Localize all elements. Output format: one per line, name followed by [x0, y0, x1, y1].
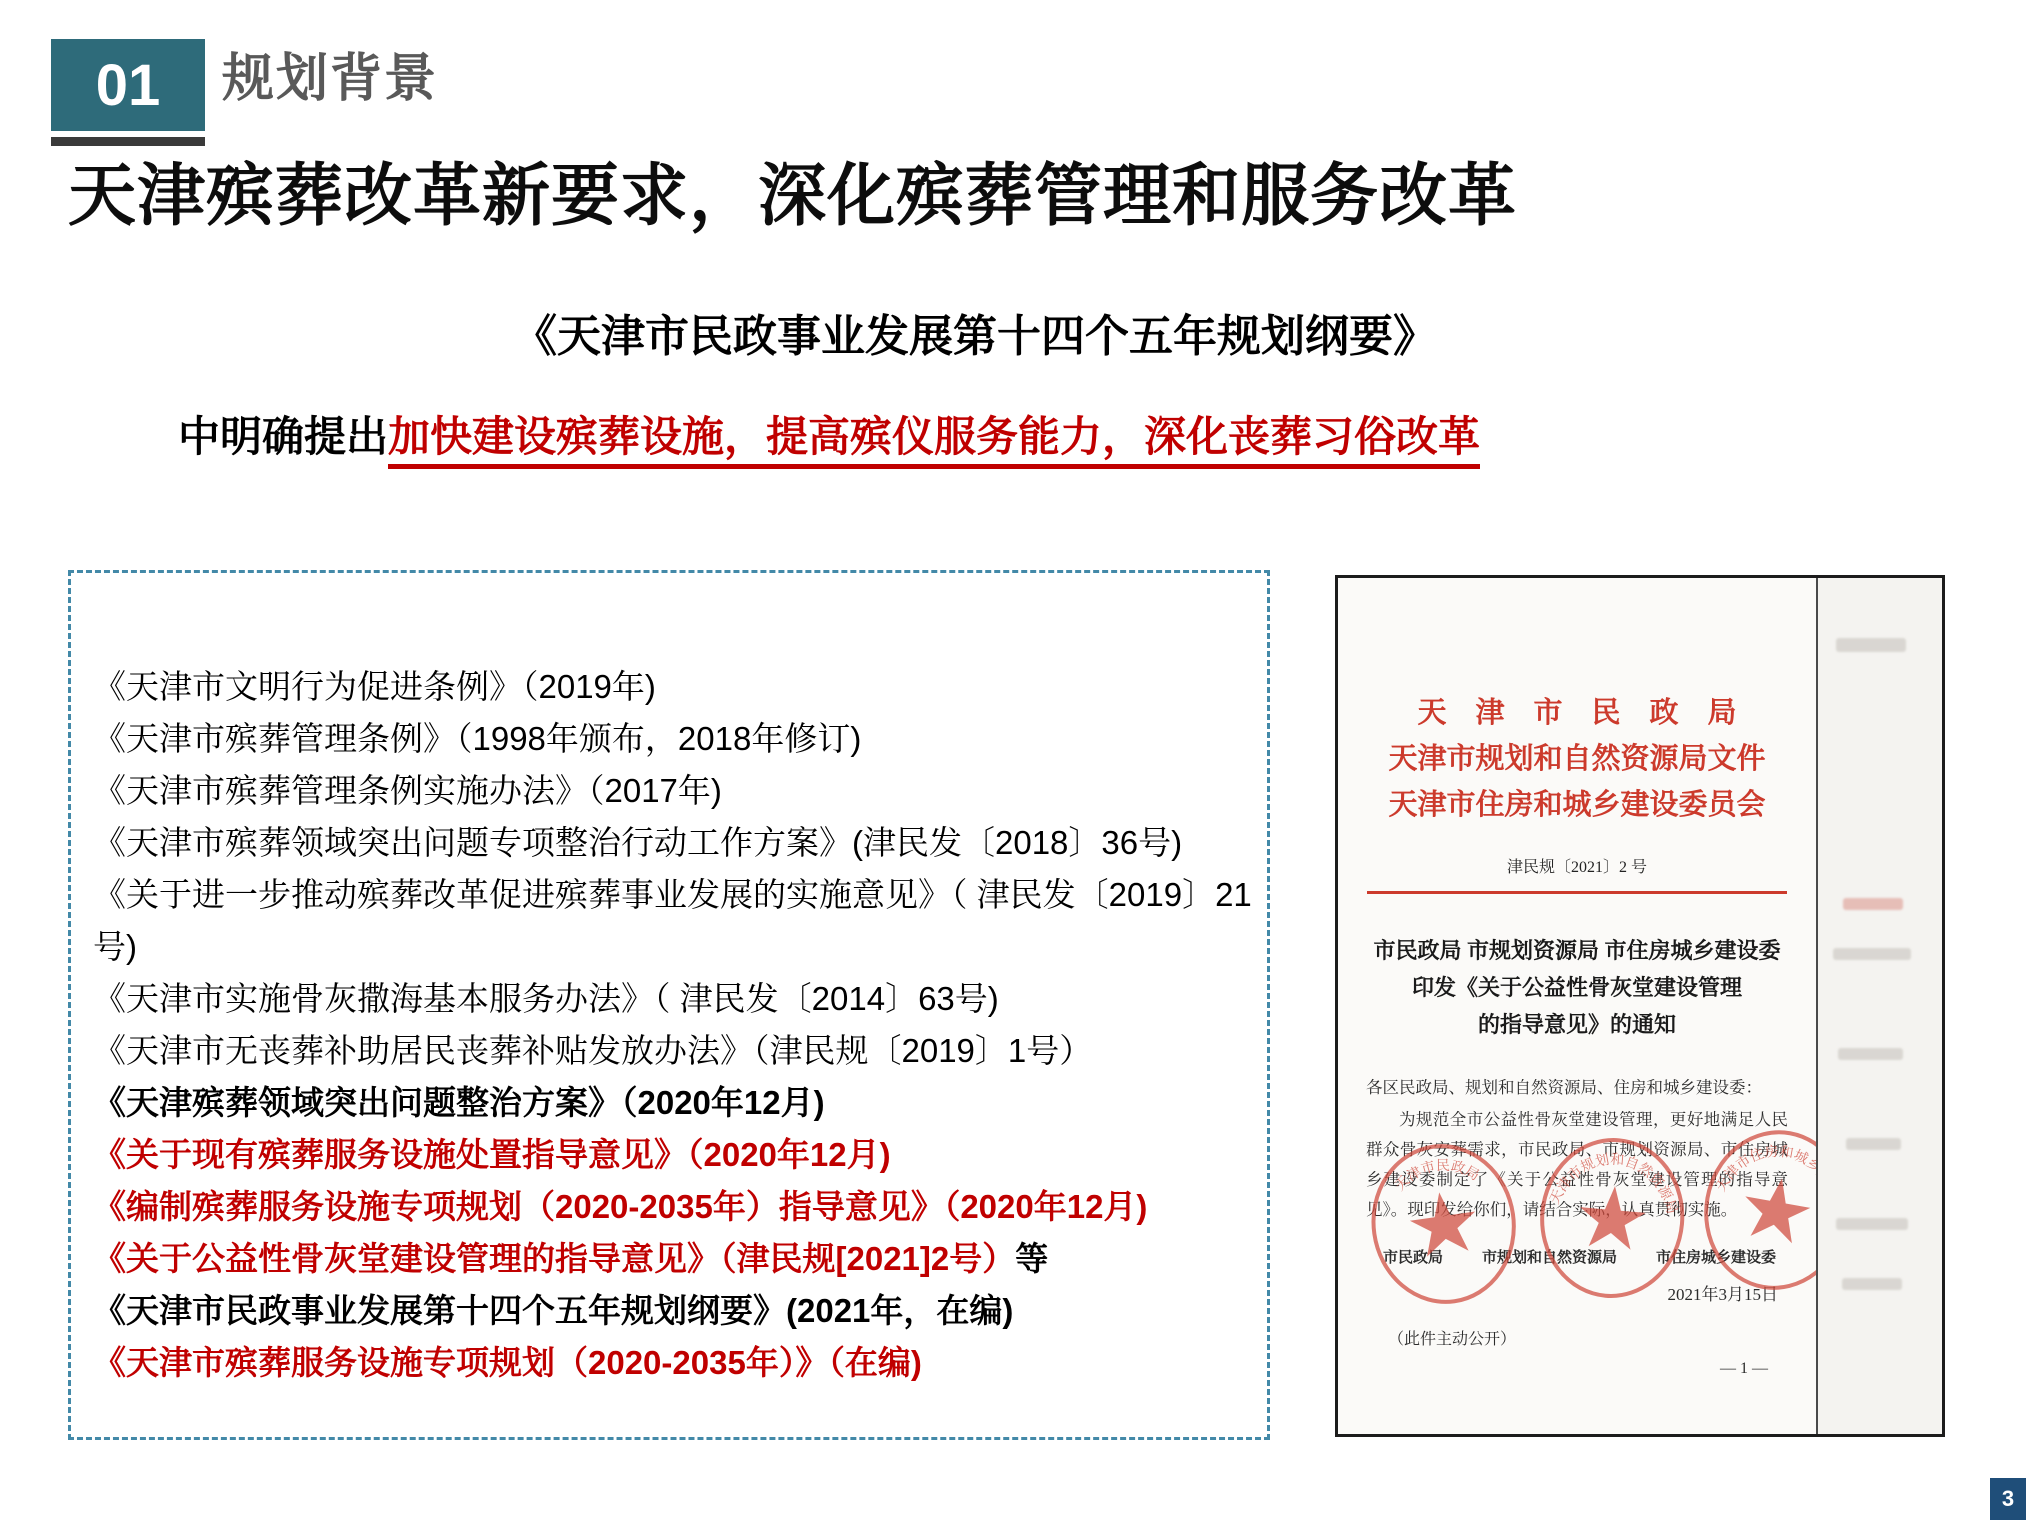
- regulation-item: 《关于进一步推动殡葬改革促进殡葬事业发展的实施意见》（ 津民发〔2019〕21号…: [93, 869, 1259, 973]
- regulation-text: 《天津市民政事业发展第十四个五年规划纲要》(2021年，在编): [93, 1292, 1013, 1329]
- requirement-highlight: 加快建设殡葬设施，提高殡仪服务能力，深化丧葬习俗改革: [388, 413, 1480, 469]
- regulation-text: 《关于进一步推动殡葬改革促进殡葬事业发展的实施意见》（ 津民发〔2019〕21号…: [93, 876, 1252, 965]
- regulation-item: 《天津市殡葬管理条例》（1998年颁布，2018年修订): [93, 713, 1259, 765]
- document-red-rule: [1367, 891, 1788, 894]
- regulation-item: 《天津市实施骨灰撒海基本服务办法》（ 津民发〔2014〕63号): [93, 973, 1259, 1025]
- regulation-item: 《天津市殡葬领域突出问题专项整治行动工作方案》(津民发〔2018〕36号): [93, 817, 1259, 869]
- document-open-note: （此件主动公开）: [1388, 1326, 1516, 1349]
- document-number: 津民规〔2021〕2 号: [1338, 854, 1816, 877]
- section-number: 01: [96, 52, 161, 119]
- document-salutation: 各区民政局、规划和自然资源局、住房和城乡建设委：: [1366, 1073, 1788, 1103]
- regulation-text: 《天津殡葬领域突出问题整治方案》（2020年12月): [93, 1084, 825, 1121]
- regulation-text: 《天津市殡葬服务设施专项规划（2020-2035年）》（在编): [93, 1344, 922, 1381]
- plan-requirement-line: 中明确提出加快建设殡葬设施，提高殡仪服务能力，深化丧葬习俗改革: [178, 404, 1978, 464]
- notice-title-line: 印发《关于公益性骨灰堂建设管理: [1338, 969, 1816, 1006]
- regulation-item: 《天津市文明行为促进条例》（2019年): [93, 661, 1259, 713]
- document-scan: 天 津 市 民 政 局天津市规划和自然资源局文件天津市住房和城乡建设委员会 津民…: [1335, 575, 1945, 1437]
- regulation-text: 《天津市文明行为促进条例》（2019年): [93, 668, 656, 705]
- document-header-line: 天 津 市 民 政 局: [1338, 690, 1816, 736]
- regulation-item: 《天津殡葬领域突出问题整治方案》（2020年12月): [93, 1077, 1259, 1129]
- slide-headline: 天津殡葬改革新要求，深化殡葬管理和服务改革: [68, 142, 1968, 239]
- plan-outline-title: 《天津市民政事业发展第十四个五年规划纲要》: [0, 300, 1950, 364]
- regulation-text: 《关于公益性骨灰堂建设管理的指导意见》（津民规[2021]2号）: [93, 1240, 1015, 1277]
- regulation-text: 《编制殡葬服务设施专项规划（2020-2035年）指导意见》（2020年12月): [93, 1188, 1147, 1225]
- regulation-item: 《天津市殡葬管理条例实施办法》（2017年): [93, 765, 1259, 817]
- document-page: 天 津 市 民 政 局天津市规划和自然资源局文件天津市住房和城乡建设委员会 津民…: [1338, 578, 1816, 1434]
- document-header-line: 天津市住房和城乡建设委员会: [1338, 782, 1816, 828]
- section-title: 规划背景: [222, 36, 438, 111]
- document-bleed-edge: [1816, 578, 1942, 1434]
- regulation-text: 《天津市殡葬管理条例实施办法》（2017年): [93, 772, 722, 809]
- regulation-text: 《关于现有殡葬服务设施处置指导意见》（2020年12月): [93, 1136, 891, 1173]
- official-stamp-icon: 天津市规划和自然资源局: [1529, 1128, 1695, 1314]
- regulations-list: 《天津市文明行为促进条例》（2019年)《天津市殡葬管理条例》（1998年颁布，…: [93, 661, 1259, 1389]
- regulation-text: 《天津市实施骨灰撒海基本服务办法》（ 津民发〔2014〕63号): [93, 980, 999, 1017]
- notice-title: 市民政局 市规划资源局 市住房城乡建设委印发《关于公益性骨灰堂建设管理的指导意见…: [1338, 932, 1816, 1043]
- notice-title-line: 的指导意见》的通知: [1338, 1006, 1816, 1043]
- regulation-text-tail: 等: [1015, 1240, 1048, 1277]
- regulations-box: 《天津市文明行为促进条例》（2019年)《天津市殡葬管理条例》（1998年颁布，…: [68, 570, 1270, 1440]
- official-stamp-icon: 天津市民政局: [1357, 1130, 1532, 1322]
- slide-canvas: 01 规划背景 天津殡葬改革新要求，深化殡葬管理和服务改革 《天津市民政事业发展…: [0, 0, 2026, 1520]
- regulation-item: 《天津市无丧葬补助居民丧葬补贴发放办法》（津民规〔2019〕1号）: [93, 1025, 1259, 1077]
- notice-title-line: 市民政局 市规划资源局 市住房城乡建设委: [1338, 932, 1816, 969]
- regulation-item: 《关于现有殡葬服务设施处置指导意见》（2020年12月): [93, 1129, 1259, 1181]
- regulation-text: 《天津市无丧葬补助居民丧葬补贴发放办法》（津民规〔2019〕1号）: [93, 1032, 1092, 1069]
- requirement-prefix: 中明确提出: [178, 413, 388, 460]
- section-number-box: 01: [51, 39, 205, 131]
- regulation-text: 《天津市殡葬领域突出问题专项整治行动工作方案》(津民发〔2018〕36号): [93, 824, 1182, 861]
- regulation-item: 《天津市殡葬服务设施专项规划（2020-2035年）》（在编): [93, 1337, 1259, 1389]
- document-red-header: 天 津 市 民 政 局天津市规划和自然资源局文件天津市住房和城乡建设委员会: [1338, 690, 1816, 828]
- regulation-item: 《关于公益性骨灰堂建设管理的指导意见》（津民规[2021]2号）等: [93, 1233, 1259, 1285]
- regulation-text: 《天津市殡葬管理条例》（1998年颁布，2018年修订): [93, 720, 861, 757]
- regulation-item: 《编制殡葬服务设施专项规划（2020-2035年）指导意见》（2020年12月): [93, 1181, 1259, 1233]
- document-header-line: 天津市规划和自然资源局文件: [1338, 736, 1816, 782]
- regulation-item: 《天津市民政事业发展第十四个五年规划纲要》(2021年，在编): [93, 1285, 1259, 1337]
- document-page-marker: — 1 —: [1338, 1360, 1768, 1378]
- slide-page-number: 3: [1990, 1478, 2026, 1520]
- page-number-value: 3: [2002, 1486, 2014, 1512]
